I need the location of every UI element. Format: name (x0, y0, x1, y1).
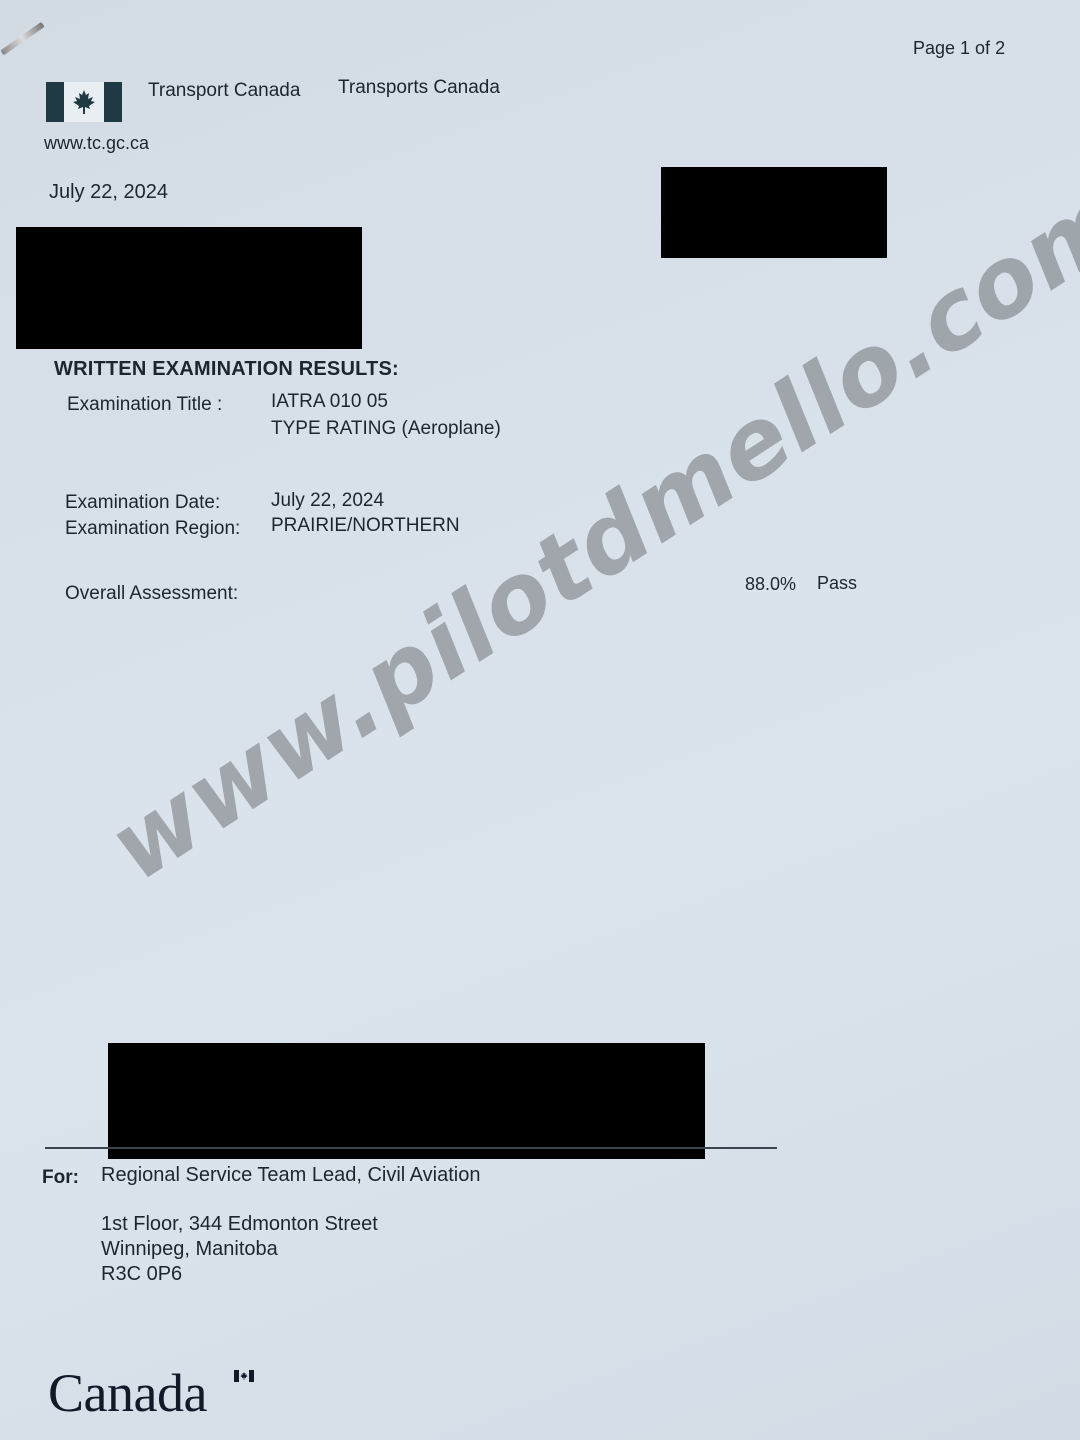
exam-date-label: Examination Date: (65, 493, 220, 512)
pencil-mark (0, 22, 44, 56)
department-name-en: Transport Canada (148, 81, 300, 100)
signatory-title: Regional Service Team Lead, Civil Aviati… (101, 1165, 480, 1185)
redacted-recipient-address (16, 227, 362, 349)
exam-title-code: IATRA 010 05 (271, 392, 388, 411)
canada-wordmark: Canada (48, 1362, 207, 1424)
overall-assessment-label: Overall Assessment: (65, 584, 238, 603)
canada-flag-logo (46, 82, 122, 122)
address-line-3: R3C 0P6 (101, 1264, 182, 1284)
exam-date-value: July 22, 2024 (271, 491, 384, 510)
exam-region-label: Examination Region: (65, 519, 240, 538)
letter-date: July 22, 2024 (49, 182, 168, 202)
department-name-fr: Transports Canada (338, 78, 500, 97)
maple-leaf-icon (69, 87, 99, 117)
for-label: For: (42, 1168, 79, 1187)
wordmark-flag-icon (234, 1370, 254, 1382)
address-line-1: 1st Floor, 344 Edmonton Street (101, 1214, 378, 1234)
redacted-reference (661, 167, 887, 258)
address-line-2: Winnipeg, Manitoba (101, 1239, 278, 1259)
exam-title-name: TYPE RATING (Aeroplane) (271, 419, 501, 438)
exam-title-label: Examination Title : (67, 395, 222, 414)
signature-line (45, 1147, 777, 1149)
status-badge: Pass (817, 574, 857, 592)
website-link[interactable]: www.tc.gc.ca (44, 134, 149, 152)
results-heading: WRITTEN EXAMINATION RESULTS: (54, 359, 399, 379)
exam-region-value: PRAIRIE/NORTHERN (271, 516, 460, 535)
page-indicator: Page 1 of 2 (913, 39, 1005, 57)
maple-leaf-icon (239, 1371, 249, 1381)
redacted-signature (108, 1043, 705, 1159)
score-value: 88.0% (745, 575, 796, 593)
